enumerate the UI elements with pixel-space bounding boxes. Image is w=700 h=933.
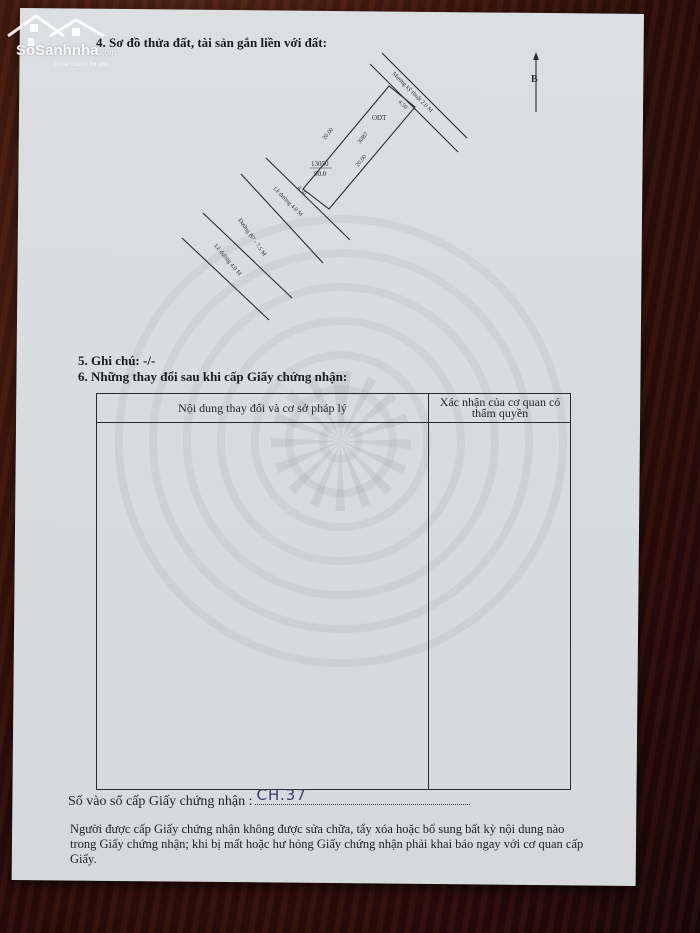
land-use-label: ODT <box>372 114 387 122</box>
left-length-label: 20.00 <box>322 127 335 141</box>
column-header-content: Nội dung thay đổi và cơ sở pháp lý <box>97 394 428 422</box>
road-label-b7: Đường B7 - 7.5 M <box>236 218 267 259</box>
registry-label: Số vào sổ cấp Giấy chứng nhận : <box>68 794 253 809</box>
section-6-heading: 6. Những thay đổi sau khi cấp Giấy chứng… <box>78 369 347 385</box>
changes-table: Nội dung thay đổi và cơ sở pháp lý Xác n… <box>96 393 571 790</box>
column-header-confirmation: Xác nhận của cơ quan có thẩm quyền <box>430 394 570 422</box>
watermark-brand: SoSanhnha.com <box>16 42 116 59</box>
north-arrow-icon: B <box>531 52 539 112</box>
watermark-tagline: Great choice for you <box>54 62 108 68</box>
content-column <box>97 394 429 789</box>
registry-number-line: Số vào sổ cấp Giấy chứng nhận :CH.37 <box>68 792 470 810</box>
registry-dotted-field: CH.37 <box>255 792 470 805</box>
registry-handwritten-value: CH.37 <box>257 786 307 804</box>
section-5-note: 5. Ghi chú: -/- <box>78 353 155 369</box>
north-label: B <box>531 74 538 85</box>
parcel-area: 90.0 <box>314 170 327 178</box>
sosanhnha-watermark: SoSanhnha.com Great choice for you <box>4 10 114 70</box>
parcel-number: 13050 <box>311 160 329 168</box>
parcel-map: Mương kỹ thuật 2.0 M 4.50 ODT 20.00 30B7… <box>180 40 600 330</box>
road-label-curb-2: Lề đường 4.0 M <box>212 243 243 278</box>
notice-text: Người được cấp Giấy chứng nhận không đượ… <box>70 822 590 867</box>
